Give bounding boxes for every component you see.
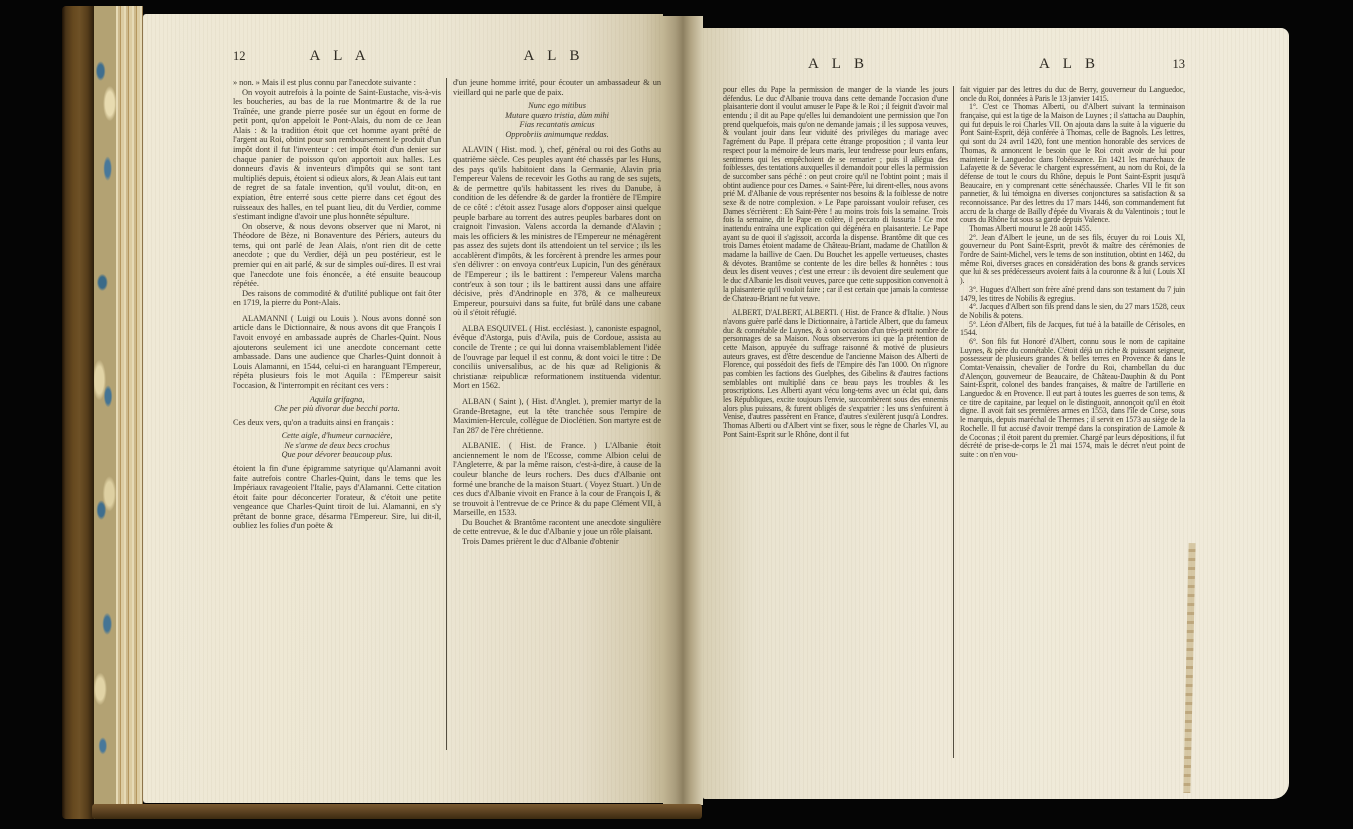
fore-edge-page-stack [116, 6, 143, 819]
page-spread: 12 A L A A L B » non. » Mais il est plus… [143, 6, 1289, 819]
marbled-endpaper [94, 6, 116, 819]
paragraph: 6°. Son fils fut Honoré d'Albert, connu … [960, 338, 1185, 460]
text-column-1: » non. » Mais il est plus connu par l'an… [233, 78, 441, 750]
text-column-2: d'un jeune homme irrité, pour écouter un… [446, 78, 661, 750]
page-number-right: 13 [1173, 57, 1186, 72]
paragraph: fait viguier par des lettres du duc de B… [960, 86, 1185, 103]
paragraph: 1°. C'est ce Thomas Alberti, ou d'Albert… [960, 103, 1185, 225]
entry-alavin: ALAVIN ( Hist. mod. ), chef, général ou … [453, 145, 661, 317]
entry-alamanni: ALAMANNI ( Luigi ou Louis ). Nous avons … [233, 314, 441, 391]
paragraph: » non. » Mais il est plus connu par l'an… [233, 78, 441, 88]
paragraph: Du Bouchet & Brantôme racontent une anec… [453, 518, 661, 537]
paragraph: 5°. Léon d'Albert, fils de Jacques, fut … [960, 321, 1185, 338]
paragraph: étoient la fin d'une épigramme satyrique… [233, 464, 441, 531]
bottom-cover-edge [92, 804, 702, 819]
text-column-3: pour elles du Pape la permission de mang… [723, 86, 948, 758]
right-page-columns: pour elles du Pape la permission de mang… [723, 86, 1185, 758]
open-book: 12 A L A A L B » non. » Mais il est plus… [62, 6, 1289, 819]
book-photo: 12 A L A A L B » non. » Mais il est plus… [0, 0, 1353, 829]
gutter-fold [663, 16, 703, 805]
paragraph: On observe, & nous devons observer que n… [233, 222, 441, 289]
running-title-alb-right: A L B [1039, 56, 1100, 82]
verse-latin: Nunc ego mitibus Mutare quæro tristia, d… [453, 101, 661, 139]
running-title-alb-left: A L B [808, 56, 869, 82]
page-number-left: 12 [233, 49, 246, 64]
entry-albert: ALBERT, D'ALBERT, ALBERTI. ( Hist. de Fr… [723, 309, 948, 439]
left-page: 12 A L A A L B » non. » Mais il est plus… [143, 14, 663, 803]
text-column-4: fait viguier par des lettres du duc de B… [953, 86, 1185, 758]
paragraph: Ces deux vers, qu'on a traduits ainsi en… [233, 418, 441, 428]
leather-cover-edge [62, 6, 94, 819]
paragraph: pour elles du Pape la permission de mang… [723, 86, 948, 303]
paragraph: 4°. Jacques d'Albert son fils prend dans… [960, 303, 1185, 320]
right-running-header: A L B A L B 13 [723, 56, 1185, 82]
entry-albanie: ALBANIE. ( Hist. de France. ) L'Albanie … [453, 441, 661, 518]
paragraph: 3°. Hugues d'Albert son frère aîné prend… [960, 286, 1185, 303]
paragraph: d'un jeune homme irrité, pour écouter un… [453, 78, 661, 97]
entry-alban: ALBAN ( Saint ), ( Hist. d'Anglet. ), pr… [453, 397, 661, 435]
paragraph: On voyoit autrefois à la pointe de Saint… [233, 88, 441, 222]
verse-italian: Aquila grifagna, Che per più divorar due… [233, 395, 441, 414]
entry-alba-esquivel: ALBA ESQUIVEL ( Hist. ecclésiast. ), can… [453, 324, 661, 391]
left-page-columns: » non. » Mais il est plus connu par l'an… [233, 78, 661, 750]
running-title-alb: A L B [523, 48, 584, 74]
verse-french: Cette aigle, d'humeur carnacière, Ne s'a… [233, 431, 441, 460]
left-running-header: 12 A L A A L B [233, 48, 661, 74]
running-title-ala: A L A [309, 48, 370, 74]
paragraph: Trois Dames prièrent le duc d'Albanie d'… [453, 537, 661, 547]
paragraph: Des raisons de commodité & d'utilité pub… [233, 289, 441, 308]
paragraph: 2°. Jean d'Albert le jeune, un de ses fi… [960, 234, 1185, 286]
right-page: A L B A L B 13 pour elles du Pape la per… [703, 28, 1289, 799]
